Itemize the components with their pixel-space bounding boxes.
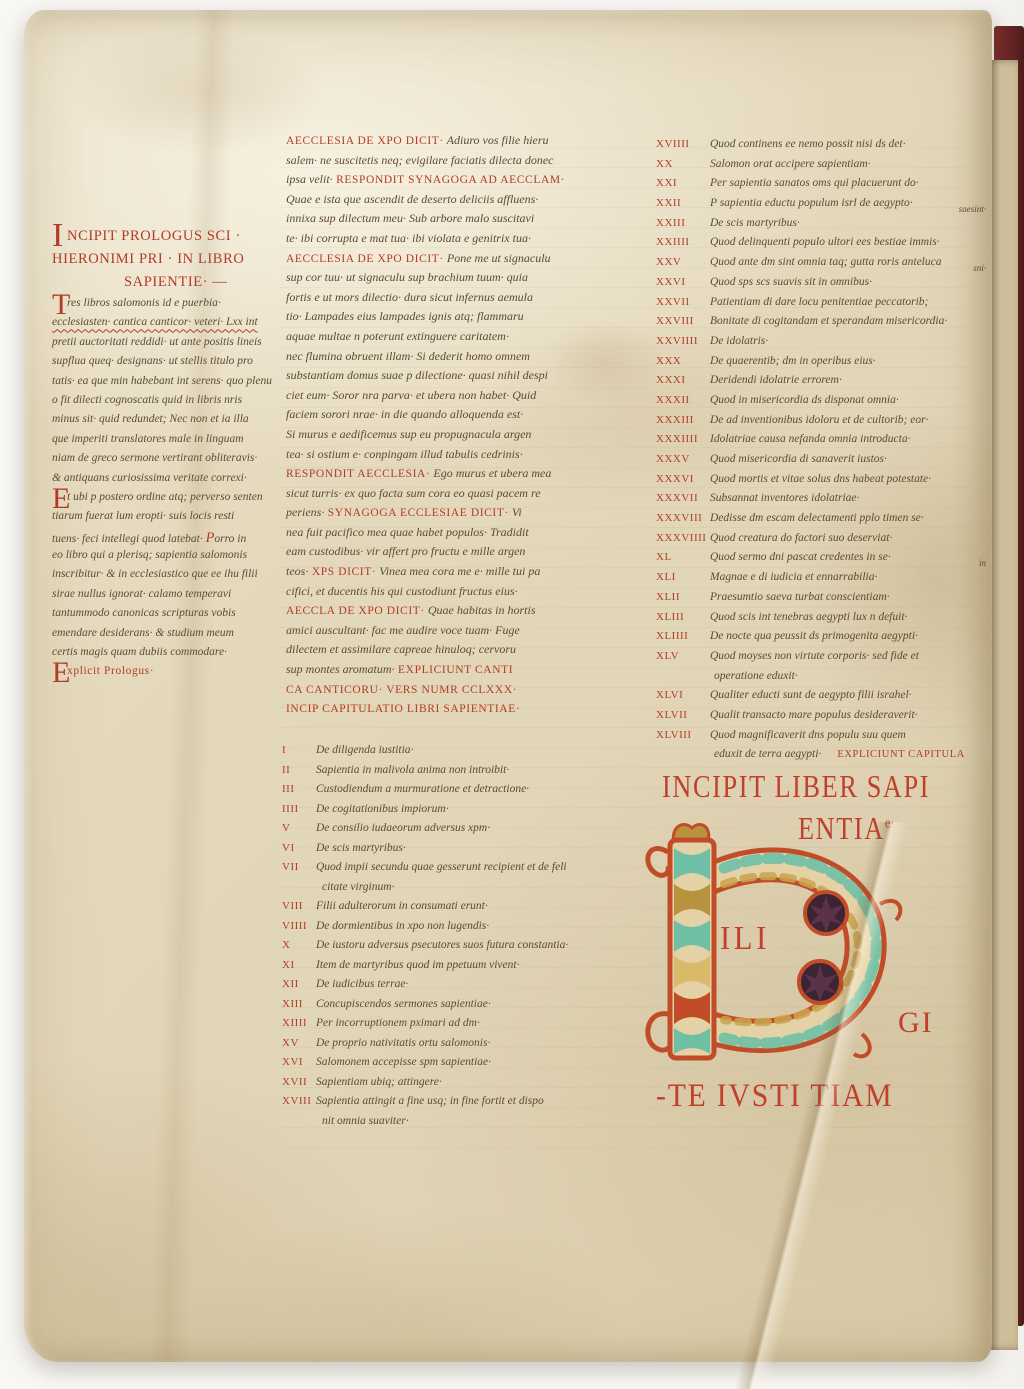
capitulum-number: II xyxy=(282,764,316,776)
capitulum-item: XXXVIISubsannat inventores idolatriae· xyxy=(656,488,990,508)
rosette xyxy=(799,961,841,1003)
capitulum-number: XXV xyxy=(656,256,710,268)
capitulum-number: XXXVI xyxy=(656,473,710,485)
text-line: niam de greco sermone vertirant oblitera… xyxy=(52,452,294,471)
capitulum-item: XVISalomonem accepisse spm sapientiae· xyxy=(282,1052,634,1072)
capitulum-number: XLVI xyxy=(656,689,710,701)
capitulum-text: Filii adulterorum in consumati erunt· xyxy=(316,900,488,912)
capitulum-text: Praesumtio saeva turbat conscientiam· xyxy=(710,591,890,603)
capitulum-item: XVIIIIQuod continens ee nemo possit nisi… xyxy=(656,134,990,154)
text-line: sicut turris· ex quo facta sum cora eo q… xyxy=(286,486,638,506)
text-line: nea fuit pacifico mea quae habet populos… xyxy=(286,525,638,545)
capitulum-text: Quod misericordia di sanaverit iustos· xyxy=(710,453,887,465)
text-line: inscribitur· & in ecclesiastico que ee i… xyxy=(52,568,294,587)
capitulum-text: Quod scis int tenebras aegypti lux n def… xyxy=(710,611,907,623)
capitulum-number: IIII xyxy=(282,803,316,815)
text-line: pretii auctoritati reddidi· ut ante posi… xyxy=(52,336,294,355)
photo-backdrop: INCIPIT PROLOGUS SCI ·HIERONIMI PRI · IN… xyxy=(0,0,1024,1389)
capitulum-text: De ad inventionibus idoloru et de cultor… xyxy=(710,414,928,426)
capitulum-item: XXVIIPatientiam di dare locu penitentiae… xyxy=(656,292,990,312)
capitulum-text: De quaerentib; dm in operibus eius· xyxy=(710,355,876,367)
capitulum-item: XXIIIDe scis martyribus·saesint· xyxy=(656,213,990,233)
capitulum-text: Salomon orat accipere sapientiam· xyxy=(710,158,871,170)
text-line: Si murus e aedificemus sup eu propugnacu… xyxy=(286,427,638,447)
capitulum-item: XXXIIQuod in misericordia ds disponat om… xyxy=(656,390,990,410)
capitulum-item: XVDe proprio nativitatis ortu salomonis· xyxy=(282,1033,634,1053)
capitulum-text: De iudicibus terrae· xyxy=(316,978,408,990)
capitulum-number: XXXIII xyxy=(656,414,710,426)
text-line: Et ubi p postero ordine atq; perverso se… xyxy=(52,491,294,510)
capitulum-item: XLVIQualiter educti sunt de aegypto fili… xyxy=(656,685,990,705)
text-line: periens· SYNAGOGA ECCLESIAE DICIT· Vi xyxy=(286,505,638,525)
capitulum-text: Quod creatura do factori suo deserviat· xyxy=(710,532,892,544)
capitulum-number: VII xyxy=(282,861,316,873)
capitulum-number: XXXI xyxy=(656,374,710,386)
word-te-iustitiam: -TE IVSTI TIAM xyxy=(656,1078,893,1115)
text-line: aquae multae n poterunt extinguere carit… xyxy=(286,329,638,349)
capitulum-item: XLVIIIQuod magnificaverit dns populu suu… xyxy=(656,725,990,745)
capitulum-number: XXIIII xyxy=(656,236,710,248)
explicit-capitula: EXPLICIUNT CAPITULA xyxy=(837,749,965,760)
capitulum-wrap-line: eduxit de terra aegypti·EXPLICIUNT CAPIT… xyxy=(656,744,990,764)
capitulum-text: Quod moyses non virtute corporis· sed fi… xyxy=(710,650,919,662)
capitulum-item: XIItem de martyribus quod im ppetuum viv… xyxy=(282,955,634,975)
capitulum-number: XIIII xyxy=(282,1017,316,1029)
capitulum-text: Per sapientia sanatos oms qui placuerunt… xyxy=(710,177,919,189)
text-line: AECCLESIA DE XPO DICIT· Adiuro vos filie… xyxy=(286,133,638,153)
capitulum-number: XVIII xyxy=(282,1095,316,1107)
capitulum-item: IIICustodiendum a murmuratione et detrac… xyxy=(282,779,634,799)
capitulum-number: X xyxy=(282,939,316,951)
capitulum-item: XXXDe quaerentib; dm in operibus eius· xyxy=(656,351,990,371)
capitulum-number: XIII xyxy=(282,998,316,1010)
capitulum-text: De cogitationibus impiorum· xyxy=(316,803,449,815)
text-line: o fit dilecti cognoscatis quid in libris… xyxy=(52,394,294,413)
capitulum-text: Deridendi idolatrie errorem· xyxy=(710,374,842,386)
text-line: substantiam domus suae p dilectione· qua… xyxy=(286,368,638,388)
capitulum-text: Qualiter educti sunt de aegypto filii is… xyxy=(710,689,912,701)
capitulum-text: Quod continens ee nemo possit nisi ds de… xyxy=(710,138,905,150)
capitulum-number: XXVII xyxy=(656,296,710,308)
capitulum-number: XII xyxy=(282,978,316,990)
capitulum-text: Magnae e di iudicia et ennarrabilia· xyxy=(710,571,877,583)
capitulum-item: IISapientia in malivola anima non introi… xyxy=(282,760,634,780)
capitulum-item: XXXVQuod misericordia di sanaverit iusto… xyxy=(656,449,990,469)
text-line: Quae e ista que ascendit de deserto deli… xyxy=(286,192,638,212)
capitulum-text: Dedisse dm escam delectamenti pplo timen… xyxy=(710,512,924,524)
capitulum-number: XXXVIIII xyxy=(656,532,710,544)
capitulum-number: V xyxy=(282,822,316,834)
capitulum-number: VIII xyxy=(282,900,316,912)
text-line: RESPONDIT AECCLESIA· Ego murus et ubera … xyxy=(286,466,638,486)
text-line: SAPIENTIE· — xyxy=(52,274,292,297)
capitulum-number: XXIII xyxy=(656,217,710,229)
text-line: que imperiti translatores male in lingua… xyxy=(52,433,294,452)
outer-leaf-tip xyxy=(880,901,900,920)
capitulum-text: Bonitate di cogitandam et sperandam mise… xyxy=(710,315,947,327)
text-line: tatis· ea que min habebant int serens· q… xyxy=(52,375,294,394)
text-line: minus sit· quid redundet; Nec non et ia … xyxy=(52,413,294,432)
capitula-list-19-48: XVIIIIQuod continens ee nemo possit nisi… xyxy=(656,134,990,764)
capitulum-item: XVIISapientiam ubiq; attingere· xyxy=(282,1072,634,1092)
capitulum-item: XXIIIIQuod delinquenti populo ultori ees… xyxy=(656,232,990,252)
prologue-incipit-heading: INCIPIT PROLOGUS SCI ·HIERONIMI PRI · IN… xyxy=(52,228,292,297)
capitulum-item: XXXVIQuod mortis et vitae solus dns habe… xyxy=(656,469,990,489)
capitulum-number: XXI xyxy=(656,177,710,189)
capitulum-number: XXXII xyxy=(656,394,710,406)
capitulum-item: XIIDe iudicibus terrae· xyxy=(282,974,634,994)
capitulum-item: XXXIIIIIdolatriae causa nefanda omnia in… xyxy=(656,429,990,449)
capitulum-wrap-line: citate virginum· xyxy=(282,877,634,897)
capitulum-number: XXXVIII xyxy=(656,512,710,524)
capitulum-text: Idolatriae causa nefanda omnia introduct… xyxy=(710,433,911,445)
text-line: faciem sorori nrae· in die quando alloqu… xyxy=(286,407,638,427)
capitulum-text: Quod mortis et vitae solus dns habeat po… xyxy=(710,473,931,485)
capitulum-item: XXSalomon orat accipere sapientiam· xyxy=(656,154,990,174)
capitulum-text: Quod sps scs suavis sit in omnibus· xyxy=(710,276,872,288)
text-line: AECCLESIA DE XPO DICIT· Pone me ut signa… xyxy=(286,251,638,271)
capitulum-item: XLVQuod moyses non virtute corporis· sed… xyxy=(656,646,990,666)
capitulum-item: IIIIDe cogitationibus impiorum· xyxy=(282,799,634,819)
capitulum-number: XXXV xyxy=(656,453,710,465)
capitulum-item: XXVQuod ante dm sint omnia taq; gutta ro… xyxy=(656,252,990,272)
capitulum-item: IDe diligenda iustitia· xyxy=(282,740,634,760)
capitulum-text: P sapientia eductu populum isrl de aegyp… xyxy=(710,197,913,209)
capitulum-number: XLIII xyxy=(656,611,710,623)
capitulum-text: Quod ante dm sint omnia taq; gutta roris… xyxy=(710,256,941,268)
capitulum-number: XLII xyxy=(656,591,710,603)
text-line: & antiquans curiosissima veritate correx… xyxy=(52,472,294,491)
capitulum-text: De diligenda iustitia· xyxy=(316,744,413,756)
capitulum-item: XXVIQuod sps scs suavis sit in omnibus·s… xyxy=(656,272,990,292)
text-line: teos· XPS DICIT· Vinea mea cora me e· mi… xyxy=(286,564,638,584)
text-line: eam custodibus· vir affert pro fructu e … xyxy=(286,544,638,564)
capitulum-number: XXX xyxy=(656,355,710,367)
text-line: amici auscultant· fac me audire voce tua… xyxy=(286,623,638,643)
text-line: ecclesiasten· cantica canticor· veteri· … xyxy=(52,316,294,335)
text-line: supflua queq· designans· ut stellis titu… xyxy=(52,355,294,374)
text-line: sup cor tuu· ut signaculu sup brachium t… xyxy=(286,270,638,290)
capitulum-text: Patientiam di dare locu penitentiae pecc… xyxy=(710,296,928,308)
capitulum-text: Quod delinquenti populo ultori ees besti… xyxy=(710,236,940,248)
capitulum-number: XXVI xyxy=(656,276,710,288)
capitulum-text: De nocte qua peussit ds primogenita aegy… xyxy=(710,630,918,642)
outer-leaf-tip xyxy=(854,1034,870,1056)
capitulum-item: VDe consilio iudaeorum adversus xpm· xyxy=(282,818,634,838)
capitulum-number: XVIIII xyxy=(656,138,710,150)
capitulum-number: XXXVII xyxy=(656,492,710,504)
capitulum-text: Sapientia in malivola anima non introibi… xyxy=(316,764,509,776)
text-line: HIERONIMI PRI · IN LIBRO xyxy=(52,251,292,274)
capitulum-number: XXXIIII xyxy=(656,433,710,445)
capitulum-text: De dormientibus in xpo non lugendis· xyxy=(316,920,489,932)
text-line: AECCLA DE XPO DICIT· Quae habitas in hor… xyxy=(286,603,638,623)
capitulum-item: XXIIP sapientia eductu populum isrl de a… xyxy=(656,193,990,213)
capitulum-wrap-line: nit omnia suaviter· xyxy=(282,1111,634,1131)
text-line: innixa sup dilectum meu· Sub arbore malo… xyxy=(286,211,638,231)
capitulum-text: Per incorruptionem pximari ad dm· xyxy=(316,1017,480,1029)
illuminated-initial-d xyxy=(640,818,910,1080)
text-line: certis magis quam dubiis commodare· xyxy=(52,646,294,665)
initial-word-right: GI xyxy=(898,1006,934,1040)
text-line: fortis e ut mors dilectio· dura sicut in… xyxy=(286,290,638,310)
capitulum-text: Quod impii secundu quae gesserunt recipi… xyxy=(316,861,567,873)
capitulum-item: XLIIIQuod scis int tenebras aegypti lux … xyxy=(656,607,990,627)
initial-word-inside: ILI xyxy=(720,920,770,958)
capitulum-number: XL xyxy=(656,551,710,563)
text-line: te· ibi corrupta e mat tua· ibi violata … xyxy=(286,231,638,251)
text-line: INCIPIT PROLOGUS SCI · xyxy=(52,228,292,251)
capitulum-number: XI xyxy=(282,959,316,971)
capitulum-text: Quod in misericordia ds disponat omnia· xyxy=(710,394,899,406)
text-line: cifici, et ducentis his qui custodiunt f… xyxy=(286,584,638,604)
capitulum-number: XLIIII xyxy=(656,630,710,642)
text-line: dilectem et assimilare capreae hinuloq; … xyxy=(286,642,638,662)
interlinear-note: in xyxy=(979,558,986,568)
capitulum-text: Salomonem accepisse spm sapientiae· xyxy=(316,1056,491,1068)
capitulum-number: XLI xyxy=(656,571,710,583)
capitulum-text: Quod sermo dni pascat credentes in se· xyxy=(710,551,891,563)
text-line: ciet eum· Soror nra parva· et ubera non … xyxy=(286,388,638,408)
text-line: Tres libros salomonis id e puerbia· xyxy=(52,297,294,316)
capitula-list-1-18: IDe diligenda iustitia·IISapientia in ma… xyxy=(282,740,634,1130)
capitulum-text: De consilio iudaeorum adversus xpm· xyxy=(316,822,490,834)
capitulum-text: De idolatris· xyxy=(710,335,768,347)
text-line: tuens· feci intellegi quod latebat· Porr… xyxy=(52,530,294,549)
text-line: tantummodo canonicas scripturas vobis xyxy=(52,607,294,626)
capitulum-item: XXVIIIBonitate di cogitandam et speranda… xyxy=(656,311,990,331)
incipit-liber-line1: INCIPIT LIBER SAPI xyxy=(662,768,930,805)
prologue-text: Tres libros salomonis id e puerbia·eccle… xyxy=(52,297,294,685)
capitulum-number: XV xyxy=(282,1037,316,1049)
capitulum-number: XXVIII xyxy=(656,315,710,327)
capitulum-text: Quod magnificaverit dns populu suu quem xyxy=(710,729,906,741)
text-line: Explicit Prologus· xyxy=(52,665,294,684)
text-line: ipsa velit· RESPONDIT SYNAGOGA AD AECCLA… xyxy=(286,172,638,192)
capitulum-number: VIIII xyxy=(282,920,316,932)
interlinear-note: sni· xyxy=(973,263,986,273)
capitulum-item: XLIIPraesumtio saeva turbat conscientiam… xyxy=(656,587,990,607)
capitulum-item: XLIIIIDe nocte qua peussit ds primogenit… xyxy=(656,626,990,646)
capitulum-item: XXXVIIIIQuod creatura do factori suo des… xyxy=(656,528,990,548)
capitulum-number: XLVII xyxy=(656,709,710,721)
facing-page-edge xyxy=(988,60,1018,1350)
capitulum-text: Concupiscendos sermones sapientiae· xyxy=(316,998,491,1010)
capitulum-number: VI xyxy=(282,842,316,854)
canticles-dialogue-text: AECCLESIA DE XPO DICIT· Adiuro vos filie… xyxy=(286,133,638,721)
capitulum-item: XVIIISapientia attingit a fine usq; in f… xyxy=(282,1091,634,1111)
rosette xyxy=(805,892,847,934)
capitulum-item: VIIIIDe dormientibus in xpo non lugendis… xyxy=(282,916,634,936)
flourish-curl xyxy=(648,849,668,876)
capitulum-text: Sapientia attingit a fine usq; in fine f… xyxy=(316,1095,544,1107)
capitulum-text: Qualit transacto mare populus desiderave… xyxy=(710,709,918,721)
capitulum-item: VIDe scis martyribus· xyxy=(282,838,634,858)
capitulum-number: XLVIII xyxy=(656,729,710,741)
capitulum-number: XVII xyxy=(282,1076,316,1088)
capitulum-item: VIIQuod impii secundu quae gesserunt rec… xyxy=(282,857,634,877)
capitulum-text: De proprio nativitatis ortu salomonis· xyxy=(316,1037,490,1049)
capitulum-wrap-line: operatione eduxit· xyxy=(656,666,990,686)
capitulum-text: De scis martyribus· xyxy=(710,217,800,229)
text-line: CA CANTICORU· VERS NUMR CCLXXX· xyxy=(286,682,638,702)
capitulum-item: XLQuod sermo dni pascat credentes in se· xyxy=(656,547,990,567)
capitulum-item: XXXVIIIDedisse dm escam delectamenti ppl… xyxy=(656,508,990,528)
capitulum-text: Custodiendum a murmuratione et detractio… xyxy=(316,783,529,795)
capitulum-number: III xyxy=(282,783,316,795)
capitulum-item: XIIIIPer incorruptionem pximari ad dm· xyxy=(282,1013,634,1033)
text-line: eo libro qui a plerisq; sapientia salomo… xyxy=(52,549,294,568)
capitulum-number: I xyxy=(282,744,316,756)
text-line: salem· ne suscitetis neq; evigilare faci… xyxy=(286,153,638,173)
capitulum-item: XXXIIIDe ad inventionibus idoloru et de … xyxy=(656,410,990,430)
capitulum-number: XXII xyxy=(656,197,710,209)
capitulum-number: XLV xyxy=(656,650,710,662)
text-line: tea· si ostium e· conpingam illud tabuli… xyxy=(286,447,638,467)
capitulum-number: XVI xyxy=(282,1056,316,1068)
capitulum-item: XLIMagnae e di iudicia et ennarrabilia·i… xyxy=(656,567,990,587)
capitulum-number: XX xyxy=(656,158,710,170)
capitulum-number: XXVIIII xyxy=(656,335,710,347)
capitulum-item: XXIPer sapientia sanatos oms qui placuer… xyxy=(656,173,990,193)
text-line: sup montes aromatum· EXPLICIUNT CANTI xyxy=(286,662,638,682)
text-line: emendare desiderans· & studium meum xyxy=(52,627,294,646)
capitulum-text: Item de martyribus quod im ppetuum viven… xyxy=(316,959,519,971)
capitulum-item: VIIIFilii adulterorum in consumati erunt… xyxy=(282,896,634,916)
capitulum-text: De scis martyribus· xyxy=(316,842,406,854)
capitulum-text: De iustoru adversus psecutores suos futu… xyxy=(316,939,568,951)
text-line: INCIP CAPITULATIO LIBRI SAPIENTIAE· xyxy=(286,701,638,721)
interlinear-note: saesint· xyxy=(959,204,986,214)
text-line: tio· Lampades eius lampades ignis atq; f… xyxy=(286,309,638,329)
capitulum-item: XXVIIIIDe idolatris· xyxy=(656,331,990,351)
capitulum-item: XXXIDeridendi idolatrie errorem· xyxy=(656,370,990,390)
capitulum-item: XDe iustoru adversus psecutores suos fut… xyxy=(282,935,634,955)
text-line: tiarum fuerat lum eropti· suis locis res… xyxy=(52,510,294,529)
text-line: nec flumina obruent illam· Si dederit ho… xyxy=(286,349,638,369)
capitulum-text: Subsannat inventores idolatriae· xyxy=(710,492,859,504)
capitulum-item: XLVIIQualit transacto mare populus desid… xyxy=(656,705,990,725)
capitulum-text: Sapientiam ubiq; attingere· xyxy=(316,1076,442,1088)
capitulum-item: XIIIConcupiscendos sermones sapientiae· xyxy=(282,994,634,1014)
text-line: sirae nullus ignorat· calamo temperavi xyxy=(52,588,294,607)
